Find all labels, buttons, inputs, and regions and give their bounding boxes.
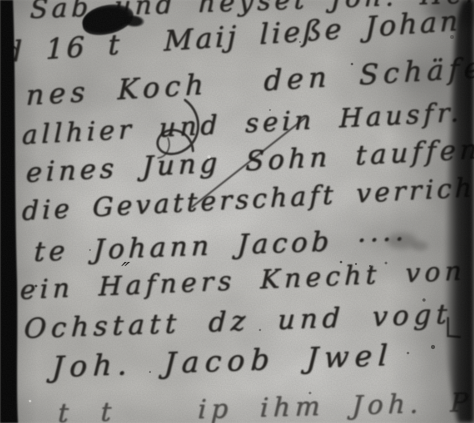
manuscript-line: t t ip ihm Joh. P	[57, 388, 473, 423]
manuscript-line: Joh. Jacob Jwel	[51, 338, 394, 384]
manuscript-page: Sab und heyset Joh. Henn d 16 t Maij lie…	[0, 0, 474, 423]
